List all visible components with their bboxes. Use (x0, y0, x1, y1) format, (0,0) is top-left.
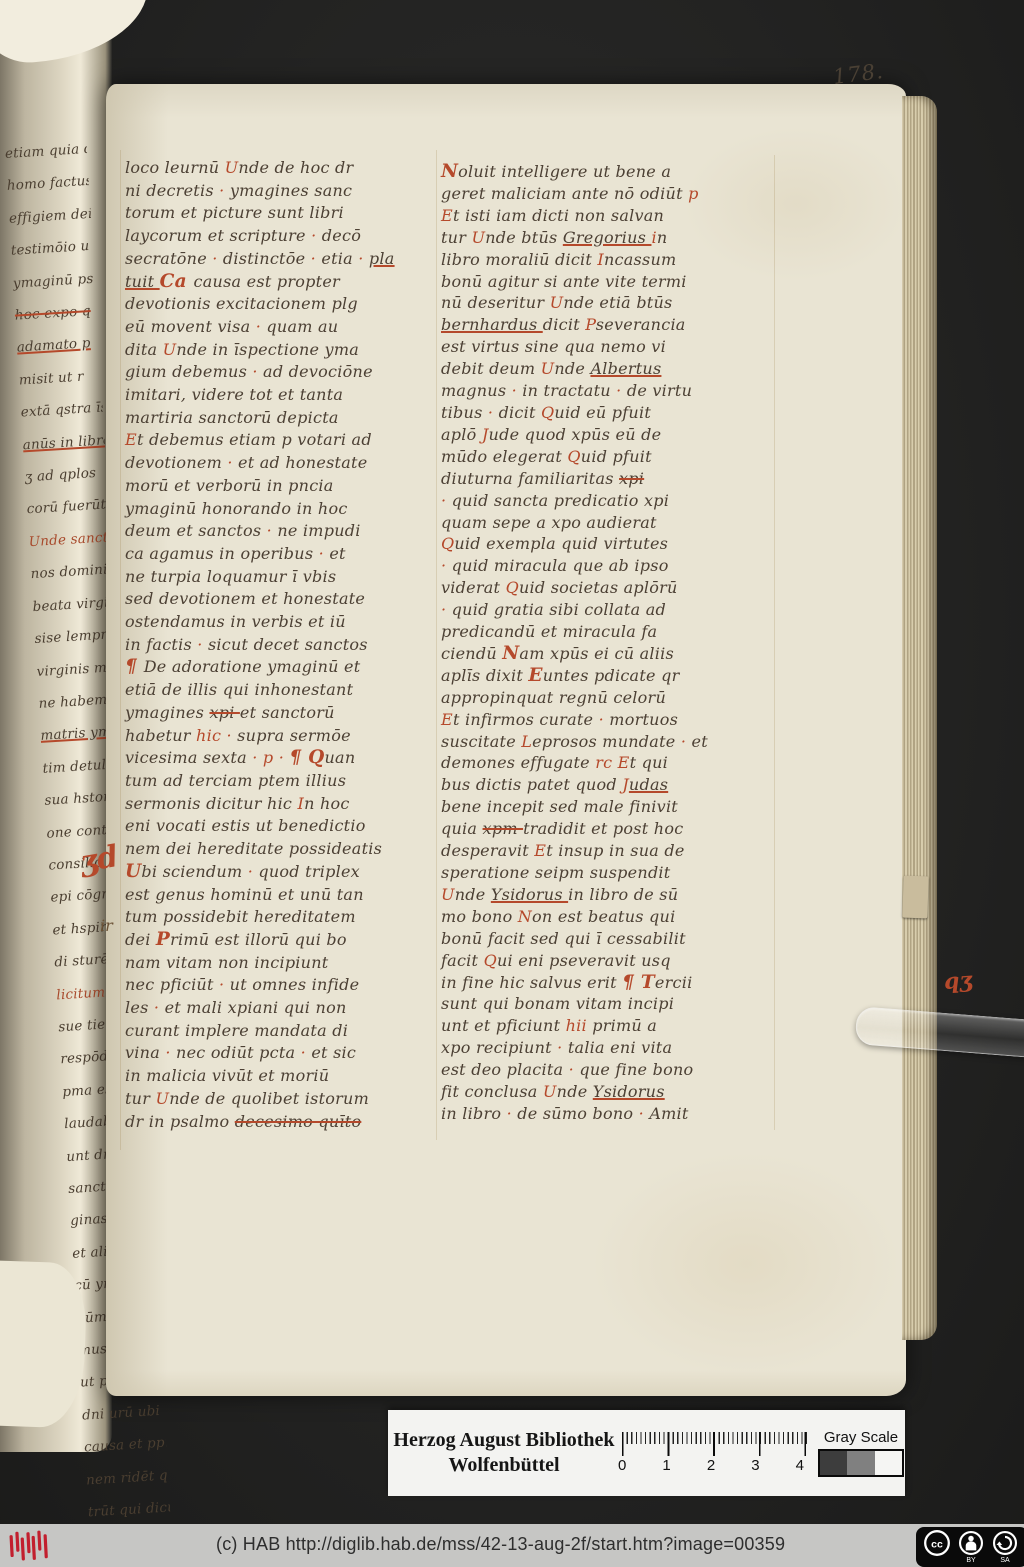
gray-scale: Gray Scale (818, 1429, 904, 1477)
cc-sa-label: SA (1000, 1557, 1009, 1564)
rubric-segment: E (441, 206, 453, 225)
ink-segment: diuturna familiaritas (441, 469, 619, 488)
ink-segment: torum et picture sunt libri (125, 203, 344, 222)
ink-segment: distinctōe (223, 249, 311, 268)
rubric-segment: U (471, 228, 485, 247)
rubric-segment: E (441, 710, 453, 729)
manuscript-line: etiā de illis qui inhonestant (125, 679, 395, 702)
manuscript-line: viderat Quid societas aplōrū (441, 577, 708, 599)
cc-label (936, 1558, 938, 1565)
ink-segment: tum possidebit hereditatem (125, 907, 356, 926)
ink-segment: nec pficiūt (125, 975, 219, 994)
manuscript-line: quia xpm tradidit et post hoc (441, 818, 708, 840)
rubric-segment: · (219, 975, 230, 994)
rubric-segment: · (267, 521, 278, 540)
ink-segment: n hoc (304, 794, 350, 813)
rubric-segment: N (518, 907, 532, 926)
ink-segment: bene incepit sed male finivit (441, 797, 678, 816)
text-column-right: Noluit intelligere ut bene ageret malici… (441, 161, 708, 1125)
rubric-segment: ¶ T (622, 972, 655, 993)
ruling-line (436, 150, 437, 1140)
ink-segment: et (329, 544, 345, 563)
ink-segment: uid societas aplōrū (519, 578, 678, 597)
cc-license-badge[interactable]: cc BY SA (916, 1527, 1024, 1567)
rubric-segment: E (534, 841, 546, 860)
ink-segment: ymagines sanc (230, 181, 352, 200)
rubric-segment: Q (506, 578, 519, 597)
manuscript-line: Ubi sciendum · quod triplex (125, 861, 395, 884)
ink-segment: nde de hoc dr (238, 158, 353, 177)
rubric-segment: · (441, 491, 452, 510)
ink-segment: habetur (125, 726, 196, 745)
margin-note-left-small: ir (100, 916, 113, 935)
ink-segment: est virtus sine qua nemo vi (441, 337, 666, 356)
ruler: 0 1 2 3 4 (622, 1432, 808, 1474)
rubric-segment: · (681, 732, 692, 751)
ink-segment: et sic (311, 1043, 356, 1062)
manuscript-line: Unde Ysidorus in libro de sū (441, 884, 708, 906)
ink-segment: appropinquat regnū celorū (441, 688, 666, 707)
ink-segment: nam vitam non incipiunt (125, 953, 328, 972)
ink-segment: ncassum (604, 250, 676, 269)
rubric-segment: · (441, 556, 452, 575)
ink-segment: tuit (125, 272, 160, 291)
previous-page-line: effigiem dei (8, 198, 92, 235)
ink-segment: xpo recipiunt (441, 1038, 557, 1057)
ink-segment: ut omnes infide (230, 975, 360, 994)
gray-patch-mid (847, 1451, 874, 1475)
manuscript-line: sermonis dicitur hic In hoc (125, 793, 395, 816)
manuscript-line: demones effugate rc Et qui (441, 752, 708, 774)
ink-segment: de sūmo bono (517, 1104, 638, 1123)
rubric-segment: U (163, 340, 177, 359)
manuscript-line: nū deseritur Unde etiā btūs (441, 292, 708, 314)
ruler-ticks (622, 1432, 808, 1456)
ink-segment: tradidit et post hoc (523, 819, 683, 838)
rubric-segment: · (311, 249, 322, 268)
ink-segment: devotionem (125, 453, 227, 472)
manuscript-line: sunt qui bonam vitam incipi (441, 993, 708, 1015)
rubric-segment: · (311, 226, 322, 245)
ink-segment: dicit (543, 315, 585, 334)
ink-segment: t isti iam dicti non salvan (453, 206, 664, 225)
rubric-segment: · (248, 862, 259, 881)
ink-segment: sicut decet sanctos (208, 635, 368, 654)
ink-segment: suscitate (441, 732, 521, 751)
ink-segment: xpi (209, 703, 239, 722)
manuscript-line: tum possidebit hereditatem (125, 906, 395, 929)
manuscript-line: aplō Jude quod xpūs eū de (441, 424, 708, 446)
library-name-line1: Herzog August Bibliothek (388, 1428, 620, 1453)
ink-segment: demones effugate (441, 753, 595, 772)
text-column-left: loco leurnū Unde de hoc drni decretis · … (125, 157, 395, 1133)
ink-segment: Ysidorus (491, 885, 568, 904)
ink-segment: ne turpia loquamur ī vbis (125, 567, 336, 586)
manuscript-line: xpo recipiunt · talia eni vita (441, 1037, 708, 1059)
manuscript-line: ne turpia loquamur ī vbis (125, 566, 395, 589)
ruler-number: 4 (796, 1457, 804, 1474)
ink-segment: curant implere mandata di (125, 1021, 348, 1040)
rubric-segment: ¶ (125, 656, 144, 677)
ink-segment: martiria sanctorū depicta (125, 408, 339, 427)
ink-segment: secratōne (125, 249, 212, 268)
ink-segment: in tractatu (522, 381, 616, 400)
ink-segment: causa est propter (194, 272, 340, 291)
previous-page-line: ʒ ad qplos (24, 456, 108, 493)
manuscript-line: ca agamus in operibus · et (125, 543, 395, 566)
ink-segment: bonū agitur si ante vite termi (441, 272, 687, 291)
ink-segment: speratione seipm suspendit (441, 863, 670, 882)
manuscript-line: in libro · de sūmo bono · Amit (441, 1103, 708, 1125)
ink-segment: geret maliciam ante nō odiūt (441, 184, 688, 203)
manuscript-line: torum et picture sunt libri (125, 202, 395, 225)
manuscript-line: in fine hic salvus erit ¶ Tercii (441, 972, 708, 994)
manuscript-line: curant implere mandata di (125, 1020, 395, 1043)
manuscript-line: devotionis excitacionem plg (125, 293, 395, 316)
rubric-segment: U (155, 1089, 169, 1108)
ink-segment: untes pdicate qr (543, 666, 680, 685)
previous-page-line: nos domini u (30, 553, 114, 590)
ink-segment: pla (369, 249, 395, 268)
previous-page-line: beata virginis (32, 586, 116, 623)
rubric-segment: Q (567, 447, 580, 466)
manuscript-line: tibus · dicit Quid eū pfuit (441, 402, 708, 424)
ink-segment: mūdo elegerat (441, 447, 567, 466)
ink-segment: tur (441, 228, 471, 247)
gray-patch-dark (820, 1451, 847, 1475)
ink-segment: severancia (596, 315, 686, 334)
rubric-segment: · (227, 726, 238, 745)
manuscript-line: bus dictis patet quod Judas (441, 774, 708, 796)
manuscript-line: habetur hic · supra sermōe (125, 725, 395, 748)
rubric-segment: · (219, 181, 230, 200)
ink-segment: talia eni vita (568, 1038, 672, 1057)
ruler-number: 3 (751, 1457, 759, 1474)
previous-page-line: dni urū ubi s (81, 1394, 165, 1431)
manuscript-line: bernhardus dicit Pseverancia (441, 314, 708, 336)
ink-segment: quid gratia sibi collata ad (452, 600, 666, 619)
manuscript-line: martiria sanctorū depicta (125, 407, 395, 430)
manuscript-line: mo bono Non est beatus qui (441, 906, 708, 928)
ruler-number: 2 (707, 1457, 715, 1474)
rubric-segment: · (154, 998, 165, 1017)
ink-segment: est deo placita (441, 1060, 569, 1079)
manuscript-line: nem dei hereditate possideatis (125, 838, 395, 861)
ink-segment: ercii (655, 973, 693, 992)
ink-segment: ostendamus in verbis et iū (125, 612, 346, 631)
ink-segment: devotionis excitacionem plg (125, 294, 358, 313)
rubric-segment: · p · (252, 748, 289, 767)
ink-segment: que fine bono (579, 1060, 693, 1079)
library-name: Herzog August Bibliothek Wolfenbüttel (388, 1428, 620, 1478)
ink-segment: desperavit (441, 841, 534, 860)
manuscript-line: tur Unde de quolibet istorum (125, 1088, 395, 1111)
manuscript-line: tuit Ca causa est propter (125, 271, 395, 294)
ink-segment: t infirmos curate (453, 710, 599, 729)
manuscript-line: fit conclusa Unde Ysidorus (441, 1081, 708, 1103)
rubric-segment: · (616, 381, 627, 400)
ink-segment: facit (441, 951, 484, 970)
ink-segment: xpm (483, 819, 524, 838)
ink-segment: ad devociōne (263, 362, 373, 381)
ink-segment: dei (125, 930, 156, 949)
manuscript-line: vina · nec odiūt pcta · et sic (125, 1042, 395, 1065)
rubric-segment: ¶ Q (289, 747, 324, 768)
manuscript-line: Noluit intelligere ut bene a (441, 161, 708, 183)
page-curl-top (0, 0, 153, 66)
manuscript-line: Quid exempla quid virtutes (441, 533, 708, 555)
rubric-segment: · (319, 544, 330, 563)
rubric-segment: N (441, 161, 458, 182)
ink-segment: uid pfuit (581, 447, 652, 466)
ink-segment: uid exempla quid virtutes (454, 534, 668, 553)
ink-segment: deum et sanctos (125, 521, 267, 540)
manuscript-line: in malicia vivūt et moriū (125, 1065, 395, 1088)
rubric-segment: · (512, 381, 523, 400)
previous-page-line: homo factus (6, 165, 90, 202)
manuscript-line: geret maliciam ante nō odiūt p (441, 183, 708, 205)
previous-page-line: nem ridēt qu (85, 1459, 169, 1496)
ink-segment: morū et verborū in pncia (125, 476, 334, 495)
manuscript-line: tum ad terciam ptem illius (125, 770, 395, 793)
manuscript-line: Et debemus etiam p votari ad (125, 429, 395, 452)
manuscript-line: · quid gratia sibi collata ad (441, 599, 708, 621)
previous-page-line: testimōio u (10, 230, 94, 267)
manuscript-line: vicesima sexta · p · ¶ Quan (125, 747, 395, 770)
ink-segment: laycorum et scripture (125, 226, 311, 245)
rubric-segment: p (688, 184, 699, 203)
manuscript-line: ymagines xpi et sanctorū (125, 702, 395, 725)
ink-segment: sunt qui bonam vitam incipi (441, 994, 674, 1013)
ink-segment: sed devotionem et honestate (125, 589, 365, 608)
ink-segment: uid eū pfuit (554, 403, 651, 422)
rubric-segment: · (212, 249, 223, 268)
scale-card: Herzog August Bibliothek Wolfenbüttel 0 … (388, 1410, 905, 1496)
manuscript-line: speratione seipm suspendit (441, 862, 708, 884)
manuscript-line: magnus · in tractatu · de virtu (441, 380, 708, 402)
manuscript-line: sed devotionem et honestate (125, 588, 395, 611)
ink-segment: ui eni pseveravit usq (497, 951, 671, 970)
rubric-segment: · (358, 249, 369, 268)
ink-segment: in fine hic salvus erit (441, 973, 622, 992)
manuscript-line: ni decretis · ymagines sanc (125, 180, 395, 203)
ink-segment: dicit (499, 403, 541, 422)
ink-segment: etia (321, 249, 358, 268)
ink-segment: tibus (441, 403, 488, 422)
hab-logo-icon (8, 1528, 56, 1566)
previous-page-line: ymaginū ps (12, 262, 96, 299)
rubric-segment: E (528, 665, 542, 686)
book-fore-edge (902, 96, 937, 1340)
rubric-segment: · (441, 600, 452, 619)
ink-segment: tur (125, 1089, 155, 1108)
ink-segment: eni vocati estis ut benedictio (125, 816, 366, 835)
ink-segment: ciendū (441, 644, 502, 663)
margin-note-right: qʒ (943, 967, 973, 995)
manuscript-line: facit Qui eni pseveravit usq (441, 950, 708, 972)
rubric-segment: · (639, 1104, 650, 1123)
ink-segment: tum ad terciam ptem illius (125, 771, 346, 790)
manuscript-line: mūdo elegerat Quid pfuit (441, 446, 708, 468)
cc-sa-icon: SA (990, 1530, 1020, 1564)
ink-segment: in malicia vivūt et moriū (125, 1066, 329, 1085)
ruling-line (120, 150, 121, 1150)
manuscript-line: desperavit Et insup in sua de (441, 840, 708, 862)
ink-segment: ude quod xpūs eū de (489, 425, 662, 444)
ink-segment: t insup in sua de (546, 841, 684, 860)
previous-page-line: hoc expo q (14, 295, 98, 332)
ink-segment: mo bono (441, 907, 518, 926)
rubric-segment: hii (566, 1016, 593, 1035)
manuscript-line: ciendū Nam xpūs ei cū aliis (441, 643, 708, 665)
ink-segment: debit deum (441, 359, 541, 378)
rubric-segment: rc (595, 753, 617, 772)
ink-segment: Amit (649, 1104, 688, 1123)
manuscript-line: deum et sanctos · ne impudi (125, 520, 395, 543)
ink-segment: dr in psalmo (125, 1112, 235, 1131)
rubric-segment: E (618, 753, 630, 772)
manuscript-line: dei Primū est illorū qui bo (125, 929, 395, 952)
previous-page-line: causa et ppr r (83, 1427, 167, 1464)
ink-segment: bernhardus (441, 315, 543, 334)
ink-segment: ymagines (125, 703, 209, 722)
ink-segment: imitari, videre tot et tanta (125, 385, 343, 404)
previous-page-line: extā qstra īs (20, 392, 104, 429)
ink-segment: n (657, 228, 668, 247)
rubric-segment: · (227, 453, 238, 472)
manuscript-line: loco leurnū Unde de hoc dr (125, 157, 395, 180)
gray-scale-patches (818, 1449, 904, 1477)
ink-segment: nde btūs (485, 228, 563, 247)
rubric-segment: Q (541, 403, 554, 422)
manuscript-photo: etiam quia dhomo factuseffigiem deitesti… (0, 0, 1024, 1567)
manuscript-line: ymaginū honorando in hoc (125, 498, 395, 521)
copyright-caption[interactable]: (c) HAB http://diglib.hab.de/mss/42-13-a… (216, 1534, 785, 1555)
rubric-segment: P (156, 929, 170, 950)
manuscript-line: morū et verborū in pncia (125, 475, 395, 498)
manuscript-line: quam sepe a xpo audierat (441, 512, 708, 534)
manuscript-line: debit deum Unde Albertus (441, 358, 708, 380)
ink-segment: eprosos mundate (532, 732, 681, 751)
ink-segment: nde (557, 1082, 593, 1101)
rubric-segment: J (482, 425, 489, 444)
ink-segment: est genus hominū et unū tan (125, 885, 364, 904)
manuscript-line: imitari, videre tot et tanta (125, 384, 395, 407)
rubric-segment: P (585, 315, 596, 334)
ink-segment: quod triplex (258, 862, 360, 881)
rubric-segment: · (165, 1043, 176, 1062)
cc-by-label: BY (966, 1557, 975, 1564)
ink-segment: bonū facit sed qui ī cessabilit (441, 929, 686, 948)
library-name-line2: Wolfenbüttel (388, 1453, 620, 1478)
gray-scale-label: Gray Scale (818, 1429, 904, 1446)
ink-segment: t qui (630, 753, 668, 772)
previous-page-line: Unde sanctē (28, 521, 112, 558)
ink-segment: et mali xpiani qui non (165, 998, 347, 1017)
ink-segment: fit conclusa (441, 1082, 543, 1101)
manuscript-line: eū movent visa · quam au (125, 316, 395, 339)
previous-page-line: sise lempne a (34, 618, 118, 655)
ink-segment: aplō (441, 425, 482, 444)
manuscript-line: eni vocati estis ut benedictio (125, 815, 395, 838)
manuscript-line: devotionem · et ad honestate (125, 452, 395, 475)
ink-segment: et ad honestate (238, 453, 367, 472)
manuscript-line: bonū agitur si ante vite termi (441, 271, 708, 293)
manuscript-line: · quid miracula que ab ipso (441, 555, 708, 577)
rubric-segment: U (543, 1082, 557, 1101)
ink-segment: ni decretis (125, 181, 219, 200)
ink-segment: nde (455, 885, 491, 904)
rubric-segment: U (441, 885, 455, 904)
ink-segment: viderat (441, 578, 506, 597)
manuscript-line: in factis · sicut decet sanctos (125, 634, 395, 657)
ink-segment: eū movent visa (125, 317, 256, 336)
rubric-segment: L (521, 732, 532, 751)
manuscript-line: appropinquat regnū celorū (441, 687, 708, 709)
rubric-segment: U (125, 861, 141, 882)
ink-segment: rimū est illorū qui bo (170, 930, 347, 949)
manuscript-line: est virtus sine qua nemo vi (441, 336, 708, 358)
ruler-numbers: 0 1 2 3 4 (618, 1457, 804, 1474)
ink-segment: aplīs dixit (441, 666, 528, 685)
ink-segment: et (692, 732, 708, 751)
ink-segment: in libro (441, 1104, 507, 1123)
manuscript-line: gium debemus · ad devociōne (125, 361, 395, 384)
manuscript-line: predicandū et miracula fa (441, 621, 708, 643)
previous-page-line: corū fuerūt (26, 489, 110, 526)
ink-segment: bi sciendum (141, 862, 247, 881)
ink-segment: ca agamus in operibus (125, 544, 319, 563)
rubric-segment: · (301, 1043, 312, 1062)
previous-page-line: misit ut r (18, 359, 102, 396)
ink-segment: vicesima sexta (125, 748, 252, 767)
rubric-segment: U (550, 293, 564, 312)
rubric-segment: E (125, 430, 137, 449)
ink-segment: ne impudi (277, 521, 360, 540)
manuscript-line: libro moraliū dicit Incassum (441, 249, 708, 271)
ink-segment: et sanctorū (240, 703, 335, 722)
page-marker-tab[interactable] (902, 876, 928, 919)
rubric-segment: · (256, 317, 267, 336)
ink-segment: nem dei hereditate possideatis (125, 839, 382, 858)
ink-segment: dita (125, 340, 163, 359)
manuscript-line: est genus hominū et unū tan (125, 884, 395, 907)
rubric-segment: N (502, 643, 519, 664)
ink-segment: sermonis dicitur hic (125, 794, 297, 813)
rubric-segment: · (557, 1038, 568, 1057)
ink-segment: t debemus etiam p votari ad (137, 430, 372, 449)
ink-segment: quia (441, 819, 483, 838)
rubric-segment: U (225, 158, 239, 177)
page-curl-bottom (0, 1260, 88, 1428)
ink-segment: vina (125, 1043, 165, 1062)
ink-segment: predicandū et miracula fa (441, 622, 657, 641)
rubric-segment: J (622, 775, 629, 794)
ink-segment: btūs (636, 293, 672, 312)
ink-segment: in libro de sū (568, 885, 678, 904)
ink-segment: nū deseritur (441, 293, 550, 312)
rubric-segment: Q (441, 534, 454, 553)
manuscript-line: unt et pficiunt hii primū a (441, 1015, 708, 1037)
manuscript-line: dita Unde in īspectione yma (125, 339, 395, 362)
rubric-segment: · (569, 1060, 580, 1079)
manuscript-line: tur Unde btūs Gregorius in (441, 227, 708, 249)
manuscript-line: ¶ De adoratione ymaginū et (125, 656, 395, 679)
rubric-segment: · (599, 710, 610, 729)
ink-segment: bus dictis patet quod (441, 775, 622, 794)
cc-icon: cc (922, 1529, 952, 1565)
ink-segment: gium debemus (125, 362, 252, 381)
